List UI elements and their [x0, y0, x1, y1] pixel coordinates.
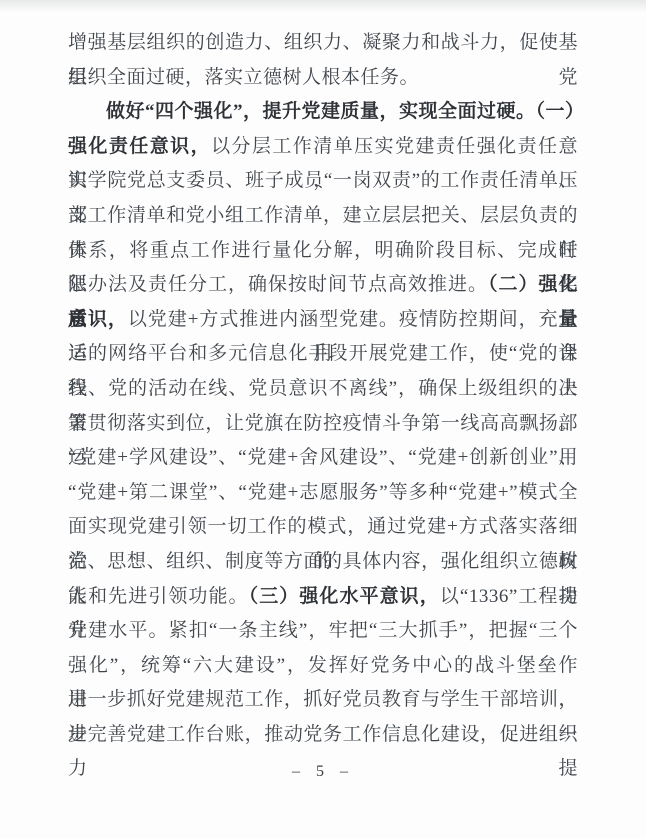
text-line: 强化责任意识，以分层工作清单压实党建责任强化责任意识，压 — [68, 130, 578, 165]
text-line: 做好“四个强化”，提升党建质量，实现全面过硬。（一） — [68, 95, 578, 130]
text-segment: 组织全面过硬，落实立德树人根本任务。 — [68, 67, 419, 88]
text-line: 治、思想、组织、制度等方面的具体内容，强化组织立德树人功 — [68, 545, 578, 580]
text-line: “党建+第二课堂”、“党建+志愿服务”等多种“党建+”模式全 — [68, 476, 578, 511]
text-line: 线、党的活动在线、党员意识不离线”，确保上级组织的决策部 — [68, 372, 578, 407]
text-segment: “党建+第二课堂”、“党建+志愿服务”等多种“党建+”模式全 — [68, 482, 578, 503]
text-line: 体系，将重点工作进行量化分解，明确阶段目标、完成时限、奖 — [68, 234, 578, 269]
text-line: 强化”，统筹“六大建设”，发挥好党务中心的战斗堡垒作用， — [68, 649, 578, 684]
text-lines: 增强基层组织的创造力、组织力、凝聚力和战斗力，促使基层党组织全面过硬，落实立德树… — [68, 26, 578, 752]
text-segment: 惩办法及责任分工，确保按时间节点高效推进。 — [68, 274, 488, 295]
text-line: 惩办法及责任分工，确保按时间节点高效推进。（二）强化质量 — [68, 268, 578, 303]
text-line: 党建水平。紧扣“一条主线”，牢把“三大抓手”，把握“三个 — [68, 614, 578, 649]
text-line: 实学院党总支委员、班子成员“一岗双责”的工作责任清单、支 — [68, 164, 578, 199]
scan-shadow-top — [0, 0, 646, 14]
bold-text-segment: 意识， — [68, 309, 128, 330]
page-number: – 5 – — [0, 763, 646, 781]
text-line: 部工作清单和党小组工作清单，建立层层把关、层层负责的责任 — [68, 199, 578, 234]
text-line: 署贯彻落实到位，让党旗在防控疫情斗争第一线高高飘扬。运用 — [68, 407, 578, 442]
text-line: 步完善党建工作台账，推动党务工作信息化建设，促进组织力提 — [68, 718, 578, 753]
text-segment: 党建水平。紧扣“一条主线”，牢把“三大抓手”，把握“三个 — [68, 620, 578, 641]
document-page: 增强基层组织的创造力、组织力、凝聚力和战斗力，促使基层党组织全面过硬，落实立德树… — [68, 26, 578, 752]
text-line: 能和先进引领功能。（三）强化水平意识，以“1336”工程提升 — [68, 580, 578, 615]
text-segment: “党建+学风建设”、“党建+舍风建设”、“党建+创新创业”、 — [68, 447, 578, 468]
text-line: 意识，以党建+方式推进内涵型党建。疫情防控期间，充分运用合 — [68, 303, 578, 338]
bold-text-segment: （三）强化水平意识， — [249, 586, 440, 607]
bold-text-segment: 做好“四个强化”，提升党建质量，实现全面过硬。（一） — [106, 101, 585, 122]
text-line: 适的网络平台和多元信息化手段开展党建工作，使“党的课程上 — [68, 337, 578, 372]
text-line: “党建+学风建设”、“党建+舍风建设”、“党建+创新创业”、 — [68, 441, 578, 476]
bold-text-segment: 强化责任意识， — [68, 136, 211, 157]
text-line: 面实现党建引领一切工作的模式，通过党建+方式落实落细党的政 — [68, 510, 578, 545]
text-line: 进一步抓好党建规范工作，抓好党员教育与学生干部培训，进一 — [68, 683, 578, 718]
text-line: 增强基层组织的创造力、组织力、凝聚力和战斗力，促使基层党 — [68, 26, 578, 61]
text-segment: 能和先进引领功能。 — [68, 586, 249, 607]
